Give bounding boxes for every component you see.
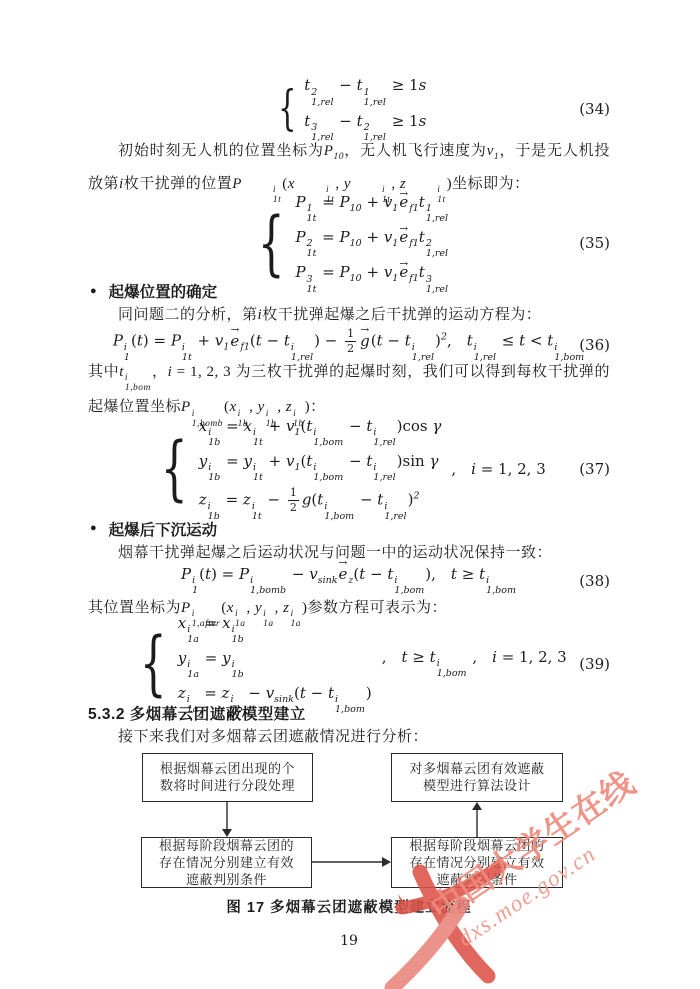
equation-line: P31t = P10 + v1ef1t31,rel bbox=[295, 262, 449, 294]
left-brace-icon: { bbox=[258, 212, 285, 275]
flowchart-box-algorithm-design: 对多烟幕云团有效遮蔽 模型进行算法设计 bbox=[391, 753, 563, 802]
equation-line: P21t = P10 + v1ef1t21,rel bbox=[295, 227, 449, 259]
flowchart-arrows bbox=[0, 753, 700, 888]
left-brace-icon: { bbox=[140, 632, 167, 695]
arrow-down-icon bbox=[222, 829, 232, 837]
equation-condition: , i = 1, 2, 3 bbox=[451, 460, 545, 478]
equation-line: yi1a = yi1b bbox=[178, 648, 372, 680]
flowchart-box-judge-condition-left: 根据每阶段烟幕云团的 存在情况分别建立有效 遮蔽判别条件 bbox=[141, 837, 312, 888]
equation-number-38: (38) bbox=[579, 572, 610, 590]
left-brace-icon: { bbox=[161, 437, 188, 500]
equation-number-34: (34) bbox=[579, 100, 610, 118]
equation-line: yi1b = yi1t + v1(ti1,bom − ti1,rel)sin γ bbox=[199, 451, 442, 483]
equation-line: P11t = P10 + v1ef1t11,rel bbox=[295, 192, 449, 224]
equation-36: Pi1(t) = Pi1t + v1ef1(t − ti1,rel) − 12g… bbox=[88, 331, 610, 359]
flowchart-figure: 根据烟幕云团出现的个 数将时间进行分段处理 对多烟幕云团有效遮蔽 模型进行算法设… bbox=[0, 753, 700, 888]
equation-38: Pi1(t) = Pi1,bomb − vsinkez(t − ti1,bom)… bbox=[88, 567, 610, 595]
page-content: { t21,rel − t11,rel ≥ 1s t31,rel − t21,r… bbox=[0, 0, 700, 949]
arrow-up-icon bbox=[472, 802, 482, 810]
flowchart-box-judge-condition-right: 根据每阶段烟幕云团的 存在情况分别建立有效 遮蔽判别条件 bbox=[391, 837, 563, 888]
arrow-right-icon bbox=[382, 857, 391, 867]
bullet-icon: ● bbox=[90, 286, 97, 297]
equation-condition: , t ≥ ti1,bom , i = 1, 2, 3 bbox=[382, 648, 567, 679]
paragraph-post-detonation-motion: 烟幕干扰弹起爆之后运动状况与问题一中的运动状况保持一致： bbox=[88, 540, 610, 567]
equation-line: Pi1(t) = Pi1,bomb − vsinkez(t − ti1,bom)… bbox=[181, 565, 517, 596]
equation-number-37: (37) bbox=[579, 460, 610, 478]
equation-line: t21,rel − t11,rel ≥ 1s bbox=[304, 75, 426, 107]
equation-number-36: (36) bbox=[579, 336, 610, 354]
page-number: 19 bbox=[88, 933, 610, 949]
equation-number-39: (39) bbox=[579, 655, 610, 673]
equation-37: { xi1b = xi1t + v1(ti1,bom − ti1,rel)cos… bbox=[88, 432, 610, 506]
equation-line: t31,rel − t21,rel ≥ 1s bbox=[304, 111, 426, 143]
equation-34: { t21,rel − t11,rel ≥ 1s t31,rel − t21,r… bbox=[88, 86, 610, 132]
figure-caption: 图 17 多烟幕云团遮蔽模型建立流程 bbox=[88, 896, 610, 917]
equation-39: { xi1a = xi1b yi1a = yi1b zi1a = zi1b − … bbox=[88, 632, 610, 696]
equation-line: xi1b = xi1t + v1(ti1,bom − ti1,rel)cos γ bbox=[199, 416, 442, 448]
left-brace-icon: { bbox=[278, 87, 296, 130]
equation-line: Pi1(t) = Pi1t + v1ef1(t − ti1,rel) − 12g… bbox=[113, 327, 585, 362]
equation-line: zi1b = zi1t − 12g(ti1,bom − ti1,rel)2 bbox=[199, 486, 442, 521]
bullet-icon: ● bbox=[90, 523, 97, 534]
paragraph-multi-smoke-analysis-intro: 接下来我们对多烟幕云团遮蔽情况进行分析： bbox=[88, 724, 610, 751]
document-page: { "icons": { "bullet": "●" }, "headings"… bbox=[0, 0, 700, 989]
paragraph-motion-equation-intro: 同问题二的分析，第i枚干扰弹起爆之后干扰弹的运动方程为： bbox=[88, 302, 610, 329]
equation-35: { P11t = P10 + v1ef1t11,rel P21t = P10 +… bbox=[88, 210, 610, 276]
equation-number-35: (35) bbox=[579, 234, 610, 252]
bullet-heading-label: 起爆位置的确定 bbox=[109, 280, 218, 302]
flowchart-box-segment-time: 根据烟幕云团出现的个 数将时间进行分段处理 bbox=[142, 753, 313, 802]
equation-line: xi1a = xi1b bbox=[178, 613, 372, 645]
equation-line: zi1a = zi1b − vsink(t − ti1,bom) bbox=[178, 683, 372, 715]
